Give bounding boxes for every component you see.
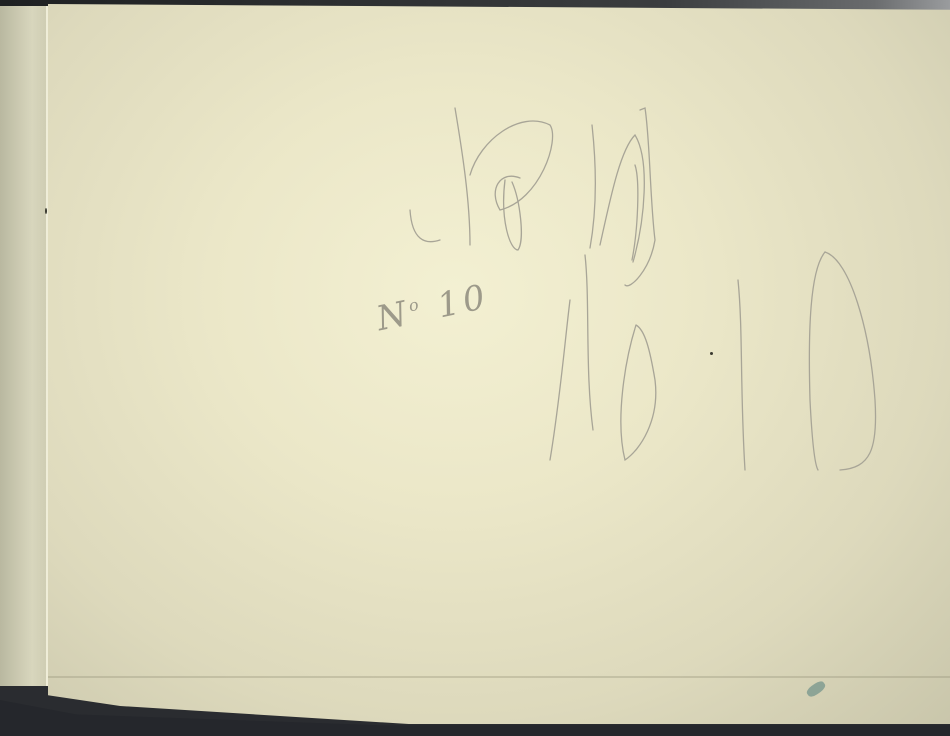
pencil-scribbles: [0, 0, 950, 736]
photo-scene: No 10: [0, 0, 950, 736]
ink-speck: [710, 352, 713, 355]
ink-speck: [45, 208, 47, 214]
annotation-superscript: o: [407, 294, 424, 315]
